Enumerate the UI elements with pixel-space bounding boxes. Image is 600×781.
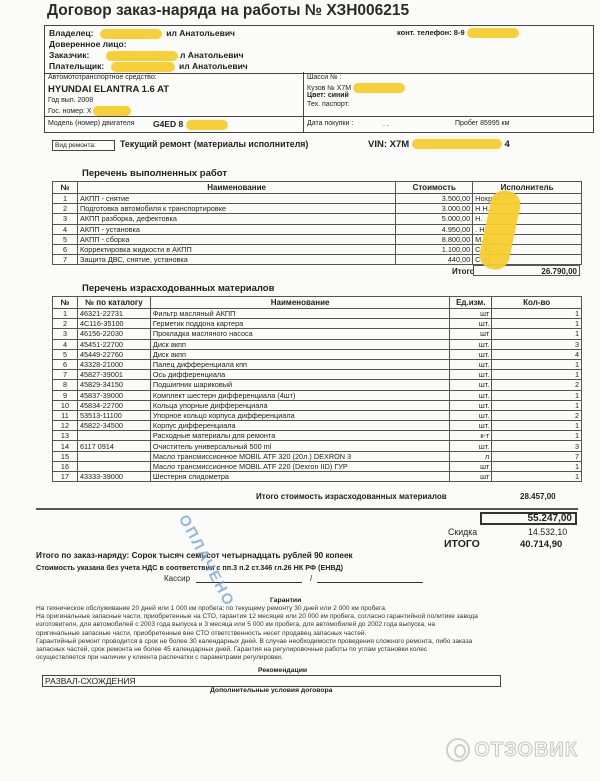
works-cell-n: 1 <box>53 194 78 204</box>
discount-value: 14.532,10 <box>528 527 567 537</box>
materials-cell-qty: 1 <box>492 370 582 380</box>
materials-cell-qty: 1 <box>492 400 582 410</box>
table-row: 24C116-35100Герметик поддона картерашт.1 <box>53 319 582 329</box>
customer-label: Заказчик: <box>49 50 89 60</box>
materials-cell-unit: к-т <box>450 431 492 441</box>
materials-cell-qty: 1 <box>492 472 582 482</box>
table-row: 445451-22700Диск акппшт.3 <box>53 339 582 349</box>
warranty-line: запасных частей, срок ремонта не более 4… <box>36 646 596 654</box>
materials-cell-n: 1 <box>53 309 78 319</box>
redaction-mark <box>467 28 519 38</box>
table-row: 13Расходные материалы для ремонтак-т1 <box>53 431 582 441</box>
table-row: 1045834-22700Кольца упорные дифференциал… <box>53 400 582 410</box>
owner-row: Владелец: ил Анатольевич <box>49 28 235 39</box>
table-row: 745827-39001Ось дифференциалашт.1 <box>53 370 582 380</box>
client-box: Владелец: ил Анатольевич Доверенное лицо… <box>44 25 594 74</box>
table-row: 146117 0914Очиститель универсальный 500 … <box>53 441 582 451</box>
redaction-mark <box>93 106 131 116</box>
engine-row: G4ED 8 <box>153 119 228 130</box>
materials-cell-name: Шестерня спидометра <box>150 472 449 482</box>
works-col-header: Наименование <box>77 182 395 194</box>
redaction-mark <box>111 62 175 72</box>
materials-cell-name: Расходные материалы для ремонта <box>150 431 449 441</box>
works-title: Перечень выполненных работ <box>82 168 227 179</box>
materials-cell-name: Палец дифференциала кпп <box>150 359 449 369</box>
materials-cell-n: 13 <box>53 431 78 441</box>
works-cell-n: 6 <box>53 244 78 254</box>
works-cell-n: 4 <box>53 224 78 234</box>
materials-cell-cat: 45834-22700 <box>77 400 150 410</box>
engine-value: G4ED 8 <box>153 119 183 129</box>
purchase-label: Дата покупки : <box>307 120 353 127</box>
materials-cell-cat: 4C116-35100 <box>77 319 150 329</box>
works-cell-n: 2 <box>53 204 78 214</box>
watermark-text: ОТЗОВИК <box>474 739 578 762</box>
works-cell-name: Корректировка жидкости в АКПП <box>77 244 395 254</box>
materials-cell-unit: шт. <box>450 339 492 349</box>
materials-cell-n: 2 <box>53 319 78 329</box>
vin-label: VIN: X7M <box>368 139 409 150</box>
vehicle-year: Год вып. 2008 <box>48 97 93 104</box>
payer-value: ил Анатольевич <box>179 61 248 71</box>
materials-cell-n: 10 <box>53 400 78 410</box>
recommend-title: Рекомендации <box>258 667 307 674</box>
table-row: 1245822-34500Корпус дифференциалашт.1 <box>53 421 582 431</box>
vehicle-divider <box>45 116 593 117</box>
materials-cell-unit: шт. <box>450 349 492 359</box>
materials-col-header: Кол-во <box>492 297 582 309</box>
materials-cell-name: Корпус дифференциала <box>150 421 449 431</box>
materials-cell-name: Диск акпп <box>150 349 449 359</box>
materials-cell-n: 16 <box>53 461 78 471</box>
materials-cell-qty: 1 <box>492 431 582 441</box>
cashier-label: Кассир <box>164 574 190 583</box>
materials-cell-qty: 1 <box>492 461 582 471</box>
works-cell-name: АКПП - снятие <box>77 194 395 204</box>
table-row: 545449-22760Диск акппшт.4 <box>53 349 582 359</box>
works-cell-n: 3 <box>53 214 78 224</box>
materials-cell-unit: шт. <box>450 319 492 329</box>
phone-label: конт. телефон: 8-9 <box>397 28 465 37</box>
materials-col-header: Ед.изм. <box>450 297 492 309</box>
works-cell-name: АКПП - сборка <box>77 234 395 244</box>
purchase-value: . . <box>383 121 389 128</box>
warranty-title: Гарантии <box>270 597 301 604</box>
materials-cell-cat <box>77 461 150 471</box>
works-cell-cost: 440,00 <box>396 255 473 265</box>
materials-cell-n: 8 <box>53 380 78 390</box>
customer-value: л Анатольевич <box>180 50 244 60</box>
table-row: 146321-22731Фильтр масляный АКППшт1 <box>53 309 582 319</box>
grand-total-value: 40.714,90 <box>520 539 562 550</box>
page-title: Договор заказ-наряда на работы № ХЗН0062… <box>47 2 409 20</box>
table-row: 945837-39000Комплект шестерн дифференциа… <box>53 390 582 400</box>
works-cell-cost: 4.950,00 <box>396 224 473 234</box>
works-cell-cost: 8.800,00 <box>396 234 473 244</box>
warranty-line: изготовителя, для автомобилей с 2003 год… <box>36 621 596 629</box>
materials-cell-qty: 1 <box>492 421 582 431</box>
subtotal-value: 55.247,00 <box>480 512 577 525</box>
materials-cell-name: Комплект шестерн дифференциала (4шт) <box>150 390 449 400</box>
table-row: 643328-21000Палец дифференциала кппшт.1 <box>53 359 582 369</box>
watermark-logo: ОТЗОВИК <box>446 738 578 762</box>
materials-cell-cat: 43333-39000 <box>77 472 150 482</box>
materials-cell-name: Подшипник шариковый <box>150 380 449 390</box>
materials-cell-qty: 1 <box>492 359 582 369</box>
works-cell-cost: 3.500,00 <box>396 194 473 204</box>
works-cell-cost: 1.100,00 <box>396 244 473 254</box>
redaction-mark <box>186 120 228 130</box>
materials-cell-qty: 1 <box>492 329 582 339</box>
materials-title: Перечень израсходованных материалов <box>82 283 274 294</box>
cashier-name-line <box>317 582 423 583</box>
materials-cell-qty: 3 <box>492 339 582 349</box>
works-cell-cost: 3.000,00 <box>396 204 473 214</box>
warranty-line: Гарантийный ремонт проводится в срок не … <box>36 638 596 646</box>
slash: / <box>310 574 312 583</box>
warranty-text: На техническое обслуживание 20 дней или … <box>36 605 596 662</box>
materials-cell-name: Очиститель универсальный 500 ml <box>150 441 449 451</box>
divider <box>36 508 578 510</box>
owner-label: Владелец: <box>49 28 93 38</box>
warranty-line: оригинальные запасные части, приобретенн… <box>36 630 596 638</box>
materials-cell-unit: шт. <box>450 441 492 451</box>
materials-cell-unit: шт <box>450 461 492 471</box>
table-row: 845829-34150Подшипник шариковыйшт.2 <box>53 380 582 390</box>
color-label: Цвет: синий <box>307 92 349 99</box>
materials-cell-qty: 4 <box>492 349 582 359</box>
materials-cell-name: Упорное кольцо корпуса дифференциала <box>150 410 449 420</box>
materials-cell-qty: 3 <box>492 441 582 451</box>
materials-total-label: Итого стоимость израсходованных материал… <box>256 492 447 501</box>
materials-cell-name: Масло трансмиссионное MOBIL ATF 220 (Dex… <box>150 461 449 471</box>
redaction-mark <box>106 51 178 61</box>
materials-cell-unit: шт <box>450 309 492 319</box>
materials-cell-cat <box>77 451 150 461</box>
materials-cell-unit: шт. <box>450 380 492 390</box>
materials-cell-cat: 46156-22030 <box>77 329 150 339</box>
chassis-label: Шасси № : <box>307 74 342 81</box>
materials-cell-unit: шт. <box>450 390 492 400</box>
materials-cell-cat: 45827-39001 <box>77 370 150 380</box>
vehicle-box: Автомототранспортное средство: HYUNDAI E… <box>44 72 594 133</box>
works-cell-name: Подготовка автомобиля к транспортировке <box>77 204 395 214</box>
materials-col-header: № по каталогу <box>77 297 150 309</box>
materials-cell-n: 6 <box>53 359 78 369</box>
materials-cell-cat: 45829-34150 <box>77 380 150 390</box>
materials-cell-name: Кольца упорные дифференциала <box>150 400 449 410</box>
materials-table: № № по каталогу Наименование Ед.изм. Кол… <box>52 296 582 482</box>
materials-cell-unit: л <box>450 451 492 461</box>
works-col-header: Стоимость <box>396 182 473 194</box>
materials-cell-qty: 1 <box>492 309 582 319</box>
vat-note: Стоимость указана без учета НДС в соотве… <box>36 563 343 572</box>
redaction-mark <box>353 83 405 93</box>
vin-row: VIN: X7M 4 <box>368 139 510 150</box>
paid-stamp: ОПЛАЧЕНО <box>175 512 238 610</box>
materials-cell-name: Прокладка масляного насоса <box>150 329 449 339</box>
materials-cell-cat: 6117 0914 <box>77 441 150 451</box>
warranty-line: осуществляется при наличии у клиента рас… <box>36 654 596 662</box>
trustee-label: Доверенное лицо: <box>49 39 127 49</box>
materials-cell-name: Ось дифференциала <box>150 370 449 380</box>
passport-label: Тех. паспорт: <box>307 101 350 108</box>
works-col-header: Исполнитель <box>473 182 582 194</box>
repair-type-label: Вид ремонта: <box>52 140 115 151</box>
redaction-mark <box>412 139 502 149</box>
materials-cell-n: 5 <box>53 349 78 359</box>
works-cell-exec: Нохр Н. <box>473 194 582 204</box>
materials-cell-unit: шт. <box>450 400 492 410</box>
materials-cell-unit: шт. <box>450 359 492 369</box>
discount-label: Скидка <box>448 527 477 537</box>
materials-cell-cat: 45837-39000 <box>77 390 150 400</box>
table-row: 346156-22030Прокладка масляного насосашт… <box>53 329 582 339</box>
works-col-header: № <box>53 182 78 194</box>
materials-cell-cat: 43328-21000 <box>77 359 150 369</box>
table-row: 15Масло трансмиссионное MOBIL ATF 320 (2… <box>53 451 582 461</box>
materials-cell-name: Диск акпп <box>150 339 449 349</box>
engine-label: Модель (номер) двигателя <box>48 120 135 127</box>
materials-cell-cat: 45449-22760 <box>77 349 150 359</box>
works-cell-cost: 5.000,00 <box>396 214 473 224</box>
owner-value: ил Анатольевич <box>166 28 235 38</box>
materials-cell-qty: 2 <box>492 410 582 420</box>
works-cell-n: 7 <box>53 255 78 265</box>
materials-cell-cat: 45822-34500 <box>77 421 150 431</box>
body-label: Кузов № X7M <box>307 85 351 92</box>
extra-terms-title: Дополнительные условия договора <box>210 687 332 694</box>
works-cell-name: АКПП разборка, дефектовка <box>77 214 395 224</box>
table-row: 1153513-11100Упорное кольцо корпуса дифф… <box>53 410 582 420</box>
table-row: 1743333-39000Шестерня спидометрашт1 <box>53 472 582 482</box>
vehicle-model: HYUNDAI ELANTRA 1.6 AT <box>48 84 169 95</box>
plate-row: Гос. номер: Х <box>48 106 131 116</box>
materials-cell-n: 7 <box>53 370 78 380</box>
payer-label: Плательщик: <box>49 61 104 71</box>
materials-cell-unit: шт. <box>450 410 492 420</box>
materials-cell-n: 11 <box>53 410 78 420</box>
materials-col-header: № <box>53 297 78 309</box>
customer-row: Заказчик: л Анатольевич <box>49 50 244 61</box>
materials-cell-n: 9 <box>53 390 78 400</box>
materials-col-header: Наименование <box>150 297 449 309</box>
materials-cell-name: Герметик поддона картера <box>150 319 449 329</box>
materials-cell-n: 14 <box>53 441 78 451</box>
materials-cell-cat <box>77 431 150 441</box>
materials-cell-unit: шт. <box>450 370 492 380</box>
materials-cell-name: Фильтр масляный АКПП <box>150 309 449 319</box>
power-icon <box>446 738 470 762</box>
materials-cell-cat: 46321-22731 <box>77 309 150 319</box>
vehicle-section-label: Автомототранспортное средство: <box>48 74 157 81</box>
vin-tail: 4 <box>504 139 509 150</box>
grand-total-label: ИТОГО <box>444 538 480 550</box>
materials-cell-n: 3 <box>53 329 78 339</box>
materials-total-value: 28.457,00 <box>520 492 556 501</box>
mileage-label: Пробег 85995 км <box>455 120 509 127</box>
materials-cell-unit: шт. <box>450 421 492 431</box>
repair-type-value: Текущий ремонт (материалы исполнителя) <box>120 139 308 149</box>
redaction-mark <box>100 29 162 39</box>
materials-cell-name: Масло трансмиссионное MOBIL ATF 320 (20л… <box>150 451 449 461</box>
materials-cell-qty: 1 <box>492 319 582 329</box>
materials-cell-cat: 45451-22700 <box>77 339 150 349</box>
materials-cell-unit: шт <box>450 329 492 339</box>
materials-cell-n: 12 <box>53 421 78 431</box>
phone-row: конт. телефон: 8-9 <box>397 28 519 38</box>
materials-cell-n: 4 <box>53 339 78 349</box>
works-cell-n: 5 <box>53 234 78 244</box>
works-cell-name: АКПП - установка <box>77 224 395 234</box>
materials-cell-unit: шт <box>450 472 492 482</box>
works-total-label: Итого <box>452 267 475 276</box>
materials-cell-qty: 2 <box>492 380 582 390</box>
materials-cell-qty: 1 <box>492 390 582 400</box>
materials-cell-qty: 7 <box>492 451 582 461</box>
materials-cell-n: 15 <box>53 451 78 461</box>
payer-row: Плательщик: ил Анатольевич <box>49 61 248 72</box>
works-cell-name: Защита ДВС, снятие, установка <box>77 255 395 265</box>
plate-label: Гос. номер: Х <box>48 108 92 115</box>
table-row: 16Масло трансмиссионное MOBIL ATF 220 (D… <box>53 461 582 471</box>
vehicle-divider <box>303 72 304 132</box>
materials-cell-cat: 53513-11100 <box>77 410 150 420</box>
materials-cell-n: 17 <box>53 472 78 482</box>
warranty-line: На техническое обслуживание 20 дней или … <box>36 605 596 613</box>
recommend-value: РАЗВАЛ-СХОЖДЕНИЯ <box>42 675 501 687</box>
